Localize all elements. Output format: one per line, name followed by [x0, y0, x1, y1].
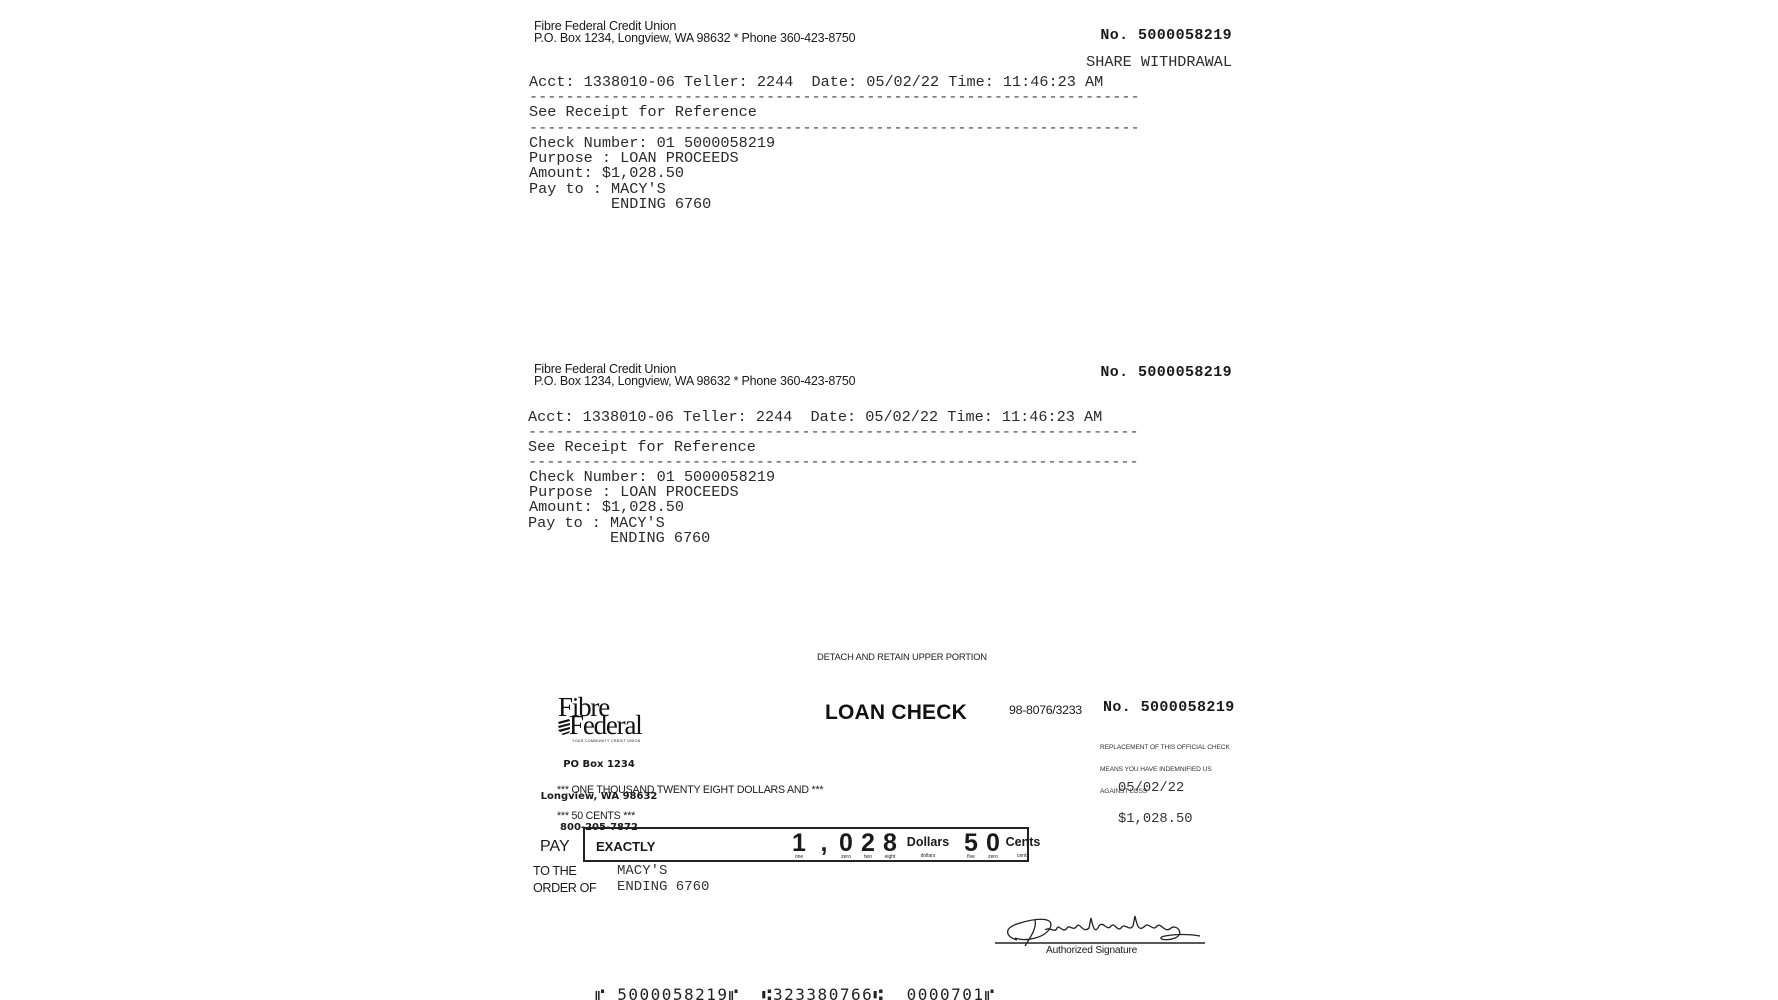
routing-fraction: 98-8076/3233: [1009, 703, 1082, 717]
detail-pay-to-line2: ENDING 6760: [528, 531, 710, 546]
amount-digit: 2two: [856, 832, 880, 860]
payee-line2: ENDING 6760: [617, 879, 709, 895]
transaction-type: SHARE WITHDRAWAL: [1086, 55, 1232, 70]
receipt-check-number: No. 5000058219: [1100, 27, 1232, 44]
check-title: LOAN CHECK: [825, 701, 967, 725]
pay-label: PAY: [540, 838, 570, 856]
amount-digit: 1one: [787, 832, 811, 860]
detail-pay-to-line2: ENDING 6760: [529, 197, 711, 212]
institution-address: P.O. Box 1234, Longview, WA 98632 * Phon…: [534, 375, 855, 387]
to-the-label: TO THE: [533, 864, 576, 878]
replacement-note: REPLACEMENT OF THIS OFFICIAL CHECK MEANS…: [1100, 729, 1230, 810]
amount-digit: 0zero: [834, 832, 858, 860]
exactly-label: EXACTLY: [596, 839, 655, 854]
amount-digit: ,: [812, 832, 836, 860]
check-number: No. 5000058219: [1103, 699, 1235, 716]
check-date: 05/02/22: [1118, 781, 1184, 796]
amount-words-dollars: *** ONE THOUSAND TWENTY EIGHT DOLLARS AN…: [557, 784, 823, 796]
micr-line: ⑈ 5000058219⑈ ⑆323380766⑆ 0000701⑈: [595, 985, 996, 1000]
page: { "receipts": [ { "institution": "Fibre …: [0, 0, 1778, 1000]
payee-name: MACY'S: [617, 863, 667, 879]
order-of-label: ORDER OF: [533, 881, 596, 895]
check-amount: $1,028.50: [1118, 812, 1193, 827]
amount-words-cents: *** 50 CENTS ***: [557, 810, 635, 822]
cents-digit: 5five: [959, 832, 983, 860]
logo-po-box: PO Box 1234: [538, 760, 660, 771]
signature-label: Authorized Signature: [1046, 945, 1137, 956]
dollars-label: Dollarsdollars: [903, 835, 953, 859]
receipt-check-number: No. 5000058219: [1100, 364, 1232, 381]
detach-note: DETACH AND RETAIN UPPER PORTION: [817, 651, 987, 662]
amount-digit: 8eight: [878, 832, 902, 860]
reference-note: See Receipt for Reference: [529, 105, 757, 120]
logo-federal: Federal: [569, 714, 642, 736]
detail-amount: Amount: $1,028.50: [529, 166, 684, 181]
institution-address: P.O. Box 1234, Longview, WA 98632 * Phon…: [534, 32, 855, 44]
detail-amount: Amount: $1,028.50: [529, 500, 684, 515]
cents-digit: 0zero: [981, 832, 1005, 860]
cents-label: Centscents: [1003, 835, 1043, 859]
